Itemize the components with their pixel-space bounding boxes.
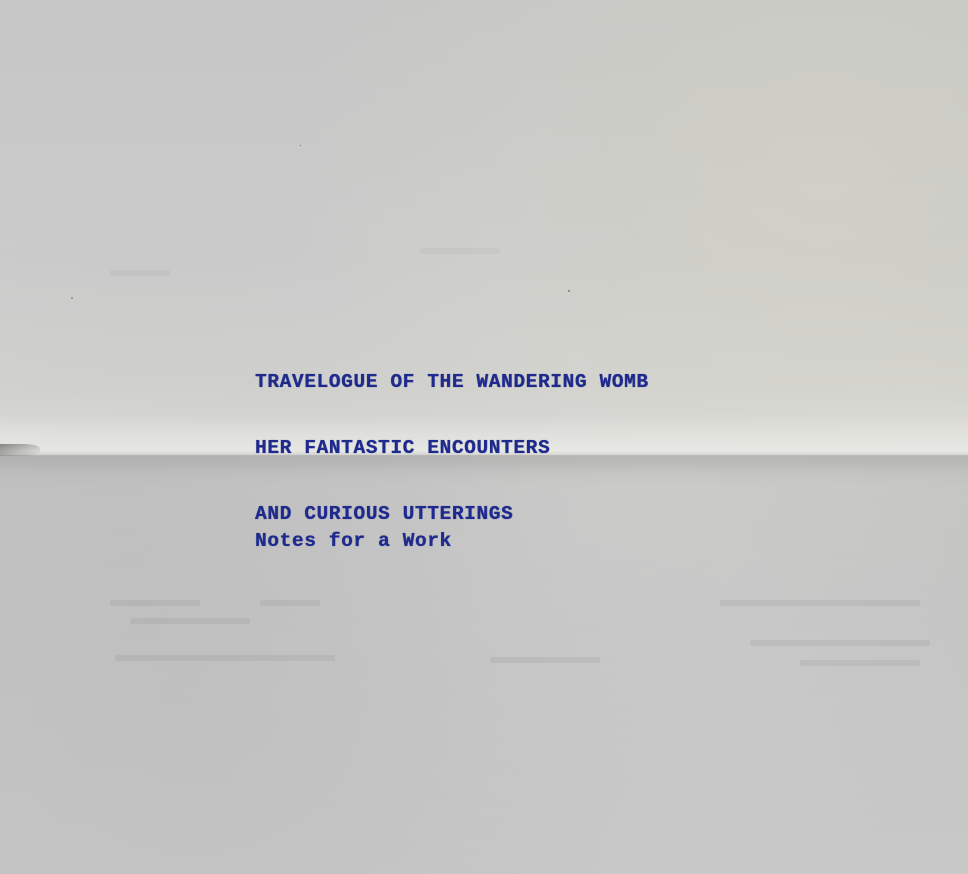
- bleed-through-mark: [750, 640, 930, 646]
- bleed-through-mark: [130, 618, 250, 624]
- bleed-through-mark: [260, 600, 320, 606]
- title-line: AND CURIOUS UTTERINGS: [255, 503, 649, 525]
- title-line: HER FANTASTIC ENCOUNTERS: [255, 437, 649, 459]
- paper-speck: [568, 290, 570, 292]
- paper-crease: [0, 444, 40, 456]
- bleed-through-mark: [110, 270, 170, 276]
- bleed-through-mark: [115, 655, 335, 661]
- paper-speck: [71, 297, 73, 299]
- bleed-through-mark: [720, 600, 920, 606]
- bleed-through-mark: [110, 600, 200, 606]
- typewritten-page: TRAVELOGUE OF THE WANDERING WOMB HER FAN…: [0, 0, 968, 874]
- bleed-through-mark: [420, 248, 500, 254]
- document-subtitle: Notes for a Work: [255, 530, 452, 552]
- paper-speck: [300, 145, 301, 146]
- title-line: TRAVELOGUE OF THE WANDERING WOMB: [255, 371, 649, 393]
- bleed-through-mark: [490, 657, 600, 663]
- bleed-through-mark: [800, 660, 920, 666]
